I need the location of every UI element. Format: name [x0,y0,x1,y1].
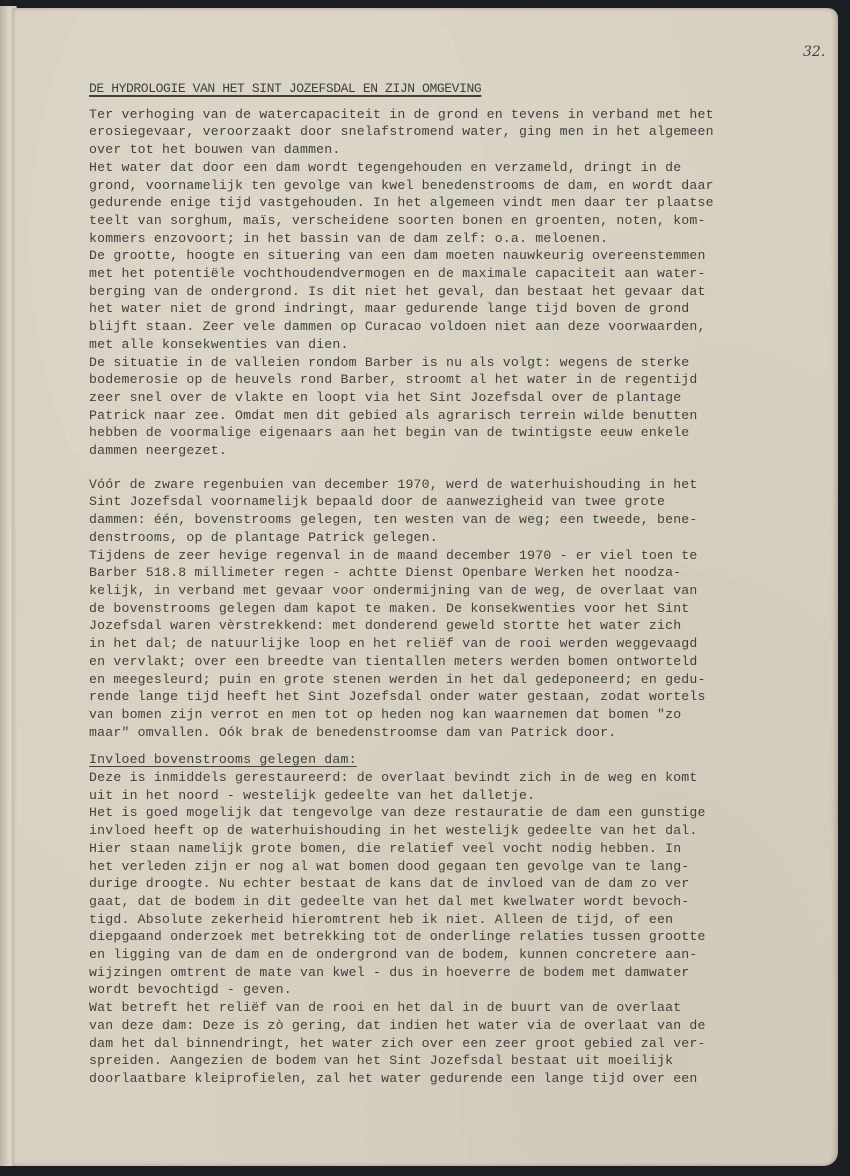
text-line: Wat betreft het reliëf van de rooi en he… [89,999,789,1017]
text-line: tigd. Absolute zekerheid hieromtrent heb… [89,911,789,929]
text-line: Sint Jozefsdal voornamelijk bepaald door… [89,493,789,511]
text-line: denstrooms, op de plantage Patrick geleg… [89,529,789,547]
text-line: van deze dam: Deze is zò gering, dat ind… [89,1017,789,1035]
text-line: doorlaatbare kleiprofielen, zal het wate… [89,1070,789,1088]
page-content: DE HYDROLOGIE VAN HET SINT JOZEFSDAL EN … [89,80,789,1088]
text-line: en vervlakt; over een breedte van tienta… [89,653,789,671]
text-line: het water niet de grond indringt, maar g… [89,300,789,318]
section-december-1970: Vóór de zware regenbuien van december 19… [89,476,789,742]
text-line: Het water dat door een dam wordt tegenge… [89,159,789,177]
text-line: durige droogte. Nu echter bestaat de kan… [89,875,789,893]
text-line: dammen neergezet. [89,442,789,460]
text-line: kommers enzovoort; in het bassin van de … [89,230,789,248]
text-line: wordt bevochtigd - geven. [89,981,789,999]
text-line: blijft staan. Zeer vele dammen op Curaca… [89,318,789,336]
subheading: Invloed bovenstrooms gelegen dam: [89,751,357,769]
section-intro: Ter verhoging van de watercapaciteit in … [89,106,789,460]
text-line: spreiden. Aangezien de bodem van het Sin… [89,1052,789,1070]
section-upstream-dam: Deze is inmiddels gerestaureerd: de over… [89,769,789,1088]
text-line: De grootte, hoogte en situering van een … [89,247,789,265]
text-line: grond, voornamelijk ten gevolge van kwel… [89,177,789,195]
text-line: De situatie in de valleien rondom Barber… [89,354,789,372]
text-line: zeer snel over de vlakte en loopt via he… [89,389,789,407]
text-line: Het is goed mogelijk dat tengevolge van … [89,804,789,822]
text-line: Ter verhoging van de watercapaciteit in … [89,106,789,124]
text-line: gaat, dat de bodem in dit gedeelte van h… [89,893,789,911]
text-line: invloed heeft op de waterhuishouding in … [89,822,789,840]
text-line: met het potentiële vochthoudendvermogen … [89,265,789,283]
page-number: 32. [803,44,825,60]
text-line: gedurende enige tijd vastgehouden. In he… [89,194,789,212]
text-line: over tot het bouwen van dammen. [89,141,789,159]
text-line: bodemerosie op de heuvels rond Barber, s… [89,371,789,389]
text-line: wijzingen omtrent de mate van kwel - dus… [89,964,789,982]
page-title: DE HYDROLOGIE VAN HET SINT JOZEFSDAL EN … [89,80,481,98]
text-line: diepgaand onderzoek met betrekking tot d… [89,928,789,946]
text-line: berging van de ondergrond. Is dit niet h… [89,283,789,301]
text-line: Tijdens de zeer hevige regenval in de ma… [89,547,789,565]
text-line: en meegesleurd; puin en grote stenen wer… [89,671,789,689]
text-line: maar" omvallen. Oók brak de benedenstroo… [89,724,789,742]
text-line: Hier staan namelijk grote bomen, die rel… [89,840,789,858]
text-line: hebben de voormalige eigenaars aan het b… [89,424,789,442]
text-line: erosiegevaar, veroorzaakt door snelafstr… [89,123,789,141]
text-line: Jozefsdal waren vèrstrekkend: met donder… [89,617,789,635]
text-line: Patrick naar zee. Omdat men dit gebied a… [89,407,789,425]
text-line: het verleden zijn er nog al wat bomen do… [89,858,789,876]
text-line: met alle konsekwenties van dien. [89,336,789,354]
paragraph-gap [89,741,789,751]
text-line: kelijk, in verband met gevaar voor onder… [89,582,789,600]
text-line: rende lange tijd heeft het Sint Jozefsda… [89,688,789,706]
text-line: Barber 518.8 millimeter regen - achtte D… [89,564,789,582]
text-line: en ligging van de dam en de ondergrond v… [89,946,789,964]
text-line: dammen: één, bovenstrooms gelegen, ten w… [89,511,789,529]
text-line: Vóór de zware regenbuien van december 19… [89,476,789,494]
paragraph-gap [89,460,789,476]
text-line: Deze is inmiddels gerestaureerd: de over… [89,769,789,787]
text-line: uit in het noord - westelijk gedeelte va… [89,787,789,805]
text-line: de bovenstrooms gelegen dam kapot te mak… [89,600,789,618]
text-line: in het dal; de natuurlijke loop en het r… [89,635,789,653]
text-line: van bomen zijn verrot en men tot op hede… [89,706,789,724]
text-line: dam het dal binnendringt, het water zich… [89,1035,789,1053]
text-line: teelt van sorghum, maïs, verscheidene so… [89,212,789,230]
